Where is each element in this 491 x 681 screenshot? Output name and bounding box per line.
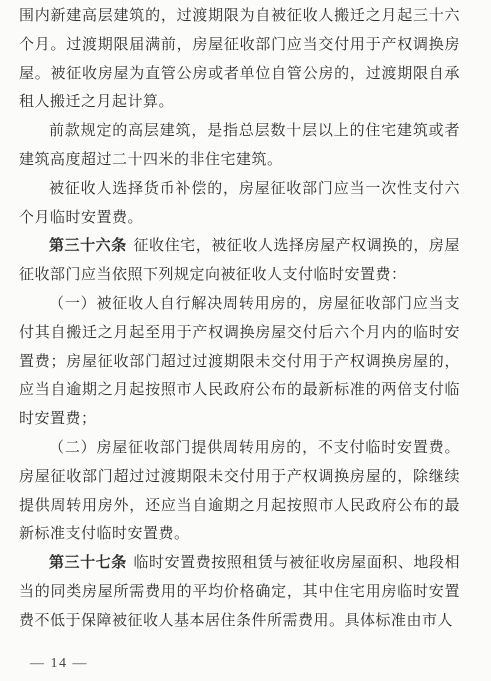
paragraph-transition-period: 围内新建高层建筑的，过渡期限为自被征收人搬迁之月起三十六个月。过渡期限届满前，房… <box>19 2 460 117</box>
paragraph-highrise-definition: 前款规定的高层建筑，是指总层数十层以上的住宅建筑或者建筑高度超过二十四米的非住宅… <box>19 117 460 175</box>
document-body: 围内新建高层建筑的，过渡期限为自被征收人搬迁之月起三十六个月。过渡期限届满前，房… <box>19 2 460 636</box>
paragraph-article-37: 第三十七条临时安置费按照租赁与被征收房屋面积、地段相当的同类房屋所需费用的平均价… <box>19 549 460 635</box>
paragraph-text: （一）被征收人自行解决周转用房的，房屋征收部门应当支付其自搬迁之月起至用于产权调… <box>19 296 460 427</box>
page-number: — 14 — <box>30 656 88 672</box>
document-page: 围内新建高层建筑的，过渡期限为自被征收人搬迁之月起三十六个月。过渡期限届满前，房… <box>0 0 491 681</box>
paragraph-text: （二）房屋征收部门提供周转用房的，不支付临时安置费。房屋征收部门超过过渡期限未交… <box>19 440 460 542</box>
paragraph-article-36: 第三十六条征收住宅，被征收人选择房屋产权调换的，房屋征收部门应当依照下列规定向被… <box>19 232 460 290</box>
paragraph-monetary-compensation: 被征收人选择货币补偿的，房屋征收部门应当一次性支付六个月临时安置费。 <box>19 175 460 233</box>
paragraph-text: 被征收人选择货币补偿的，房屋征收部门应当一次性支付六个月临时安置费。 <box>19 181 460 226</box>
article-36-heading: 第三十六条 <box>49 238 127 254</box>
paragraph-article-36-item-2: （二）房屋征收部门提供周转用房的，不支付临时安置费。房屋征收部门超过过渡期限未交… <box>19 434 460 549</box>
paragraph-article-36-item-1: （一）被征收人自行解决周转用房的，房屋征收部门应当支付其自搬迁之月起至用于产权调… <box>19 290 460 434</box>
article-37-heading: 第三十七条 <box>49 555 127 571</box>
paragraph-text: 围内新建高层建筑的，过渡期限为自被征收人搬迁之月起三十六个月。过渡期限届满前，房… <box>19 8 460 110</box>
paragraph-text: 前款规定的高层建筑，是指总层数十层以上的住宅建筑或者建筑高度超过二十四米的非住宅… <box>19 123 460 168</box>
